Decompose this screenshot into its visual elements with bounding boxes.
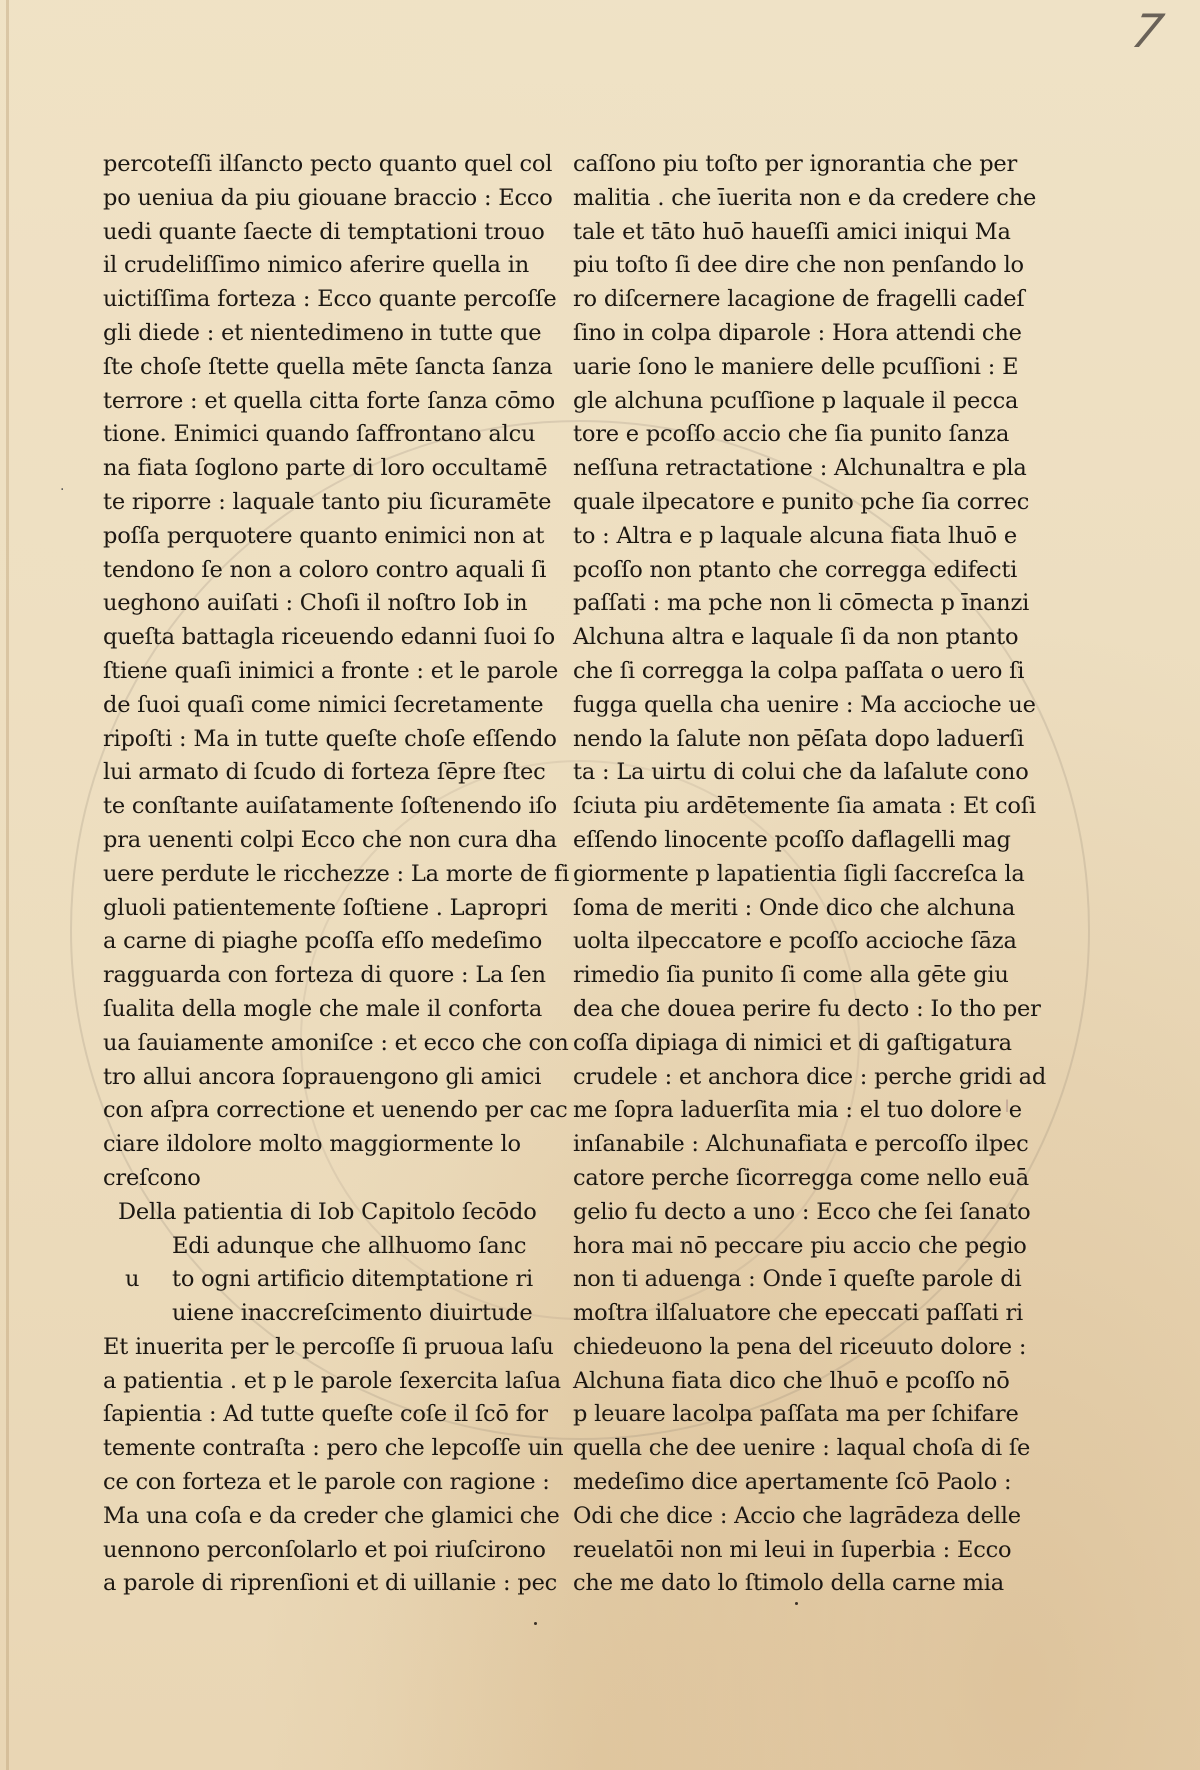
text-line-content: Edi adunque che allhuomo ſanc bbox=[172, 1233, 526, 1259]
text-line: fugga quella cha uenire : Ma accioche ue bbox=[573, 689, 993, 723]
text-line: na fiata ſoglono parte di loro occultamē bbox=[103, 452, 523, 486]
text-line: tale et tāto huō haueſſi amici iniqui Ma bbox=[573, 216, 993, 250]
paper-speck bbox=[534, 1622, 537, 1625]
text-line: ſte choſe ſtette quella mēte ſancta ſanz… bbox=[103, 351, 523, 385]
text-line: Alchuna fiata dico che lhuō e pcoſſo nō bbox=[573, 1365, 993, 1399]
left-column-body: percoteſſi ilſancto pecto quanto quel co… bbox=[103, 148, 523, 1196]
text-line: te conſtante auiſatamente ſoſtenendo iſo bbox=[103, 790, 523, 824]
text-line: ragguarda con forteza di quore : La ſen bbox=[103, 959, 523, 993]
text-line: lui armato di ſcudo di forteza ſēpre ſte… bbox=[103, 756, 523, 790]
text-line-content: uiene inaccreſcimento diuirtude bbox=[172, 1300, 532, 1326]
text-line: ſino in colpa diparole : Hora attendi ch… bbox=[573, 317, 993, 351]
text-line: queſta battagla riceuendo edanni ſuoi ſo bbox=[103, 621, 523, 655]
text-line: uiene inaccreſcimento diuirtude bbox=[103, 1297, 523, 1331]
text-line: che ſi corregga la colpa paſſata o uero … bbox=[573, 655, 993, 689]
text-line: tore e pcoſſo accio che ſia punito ſanza bbox=[573, 418, 993, 452]
text-line: ueghono auiſati : Choſi il noſtro Iob in bbox=[103, 587, 523, 621]
text-line: paſſati : ma pche non li cōmecta p īnanz… bbox=[573, 587, 993, 621]
text-line: tro allui ancora ſoprauengono gli amici bbox=[103, 1061, 523, 1095]
text-line: dea che douea perire fu decto : Io tho p… bbox=[573, 993, 993, 1027]
text-line: po ueniua da piu giouane braccio : Ecco bbox=[103, 182, 523, 216]
text-line: uedi quante ſaecte di temptationi trouo bbox=[103, 216, 523, 250]
text-line: ciare ildolore molto maggiormente lo bbox=[103, 1128, 523, 1162]
text-line: eſſendo linocente pcoſſo daflagelli mag bbox=[573, 824, 993, 858]
text-line: Edi adunque che allhuomo ſanc bbox=[103, 1230, 523, 1264]
text-line: a carne di piaghe pcoſſa eſſo medeſimo bbox=[103, 925, 523, 959]
text-line: uarie ſono le maniere delle pcuſſioni : … bbox=[573, 351, 993, 385]
text-line: Ma una coſa e da creder che glamici che bbox=[103, 1500, 523, 1534]
text-line: medeſimo dice apertamente ſcō Paolo : bbox=[573, 1466, 993, 1500]
text-line: malitia . che īuerita non e da credere c… bbox=[573, 182, 993, 216]
text-line: a patientia . et p le parole ſexercita l… bbox=[103, 1365, 523, 1399]
text-column-left: percoteſſi ilſancto pecto quanto quel co… bbox=[103, 148, 523, 1601]
text-line: uere perdute le ricchezze : La morte de … bbox=[103, 858, 523, 892]
text-line: moſtra ilſaluatore che epeccati paſſati … bbox=[573, 1297, 993, 1331]
text-line: terrore : et quella citta forte ſanza cō… bbox=[103, 385, 523, 419]
text-line: catore perche ſicorregga come nello euā bbox=[573, 1162, 993, 1196]
chapter-opening: Edi adunque che allhuomo ſancuto ogni ar… bbox=[103, 1230, 523, 1331]
text-column-right: caſſono piu toſto per ignorantia che per… bbox=[573, 148, 993, 1601]
text-line: gle alchuna pcuſſione p laquale il pecca bbox=[573, 385, 993, 419]
text-line: p leuare lacolpa paſſata ma per ſchifare bbox=[573, 1398, 993, 1432]
text-line: uictiſſima forteza : Ecco quante percoſſ… bbox=[103, 283, 523, 317]
margin-dot-mark: · bbox=[60, 482, 64, 498]
text-line: uolta ilpeccatore e pcoſſo accioche ſāza bbox=[573, 925, 993, 959]
text-line: pcoſſo non ptanto che corregga edifecti bbox=[573, 554, 993, 588]
text-line: ta : La uirtu di colui che da laſalute c… bbox=[573, 756, 993, 790]
text-line: rimedio ſia punito ſi come alla gēte giu bbox=[573, 959, 993, 993]
text-line: ſtiene quaſi inimici a fronte : et le pa… bbox=[103, 655, 523, 689]
text-line: hora mai nō peccare piu accio che pegio bbox=[573, 1230, 993, 1264]
chapter-heading: Della patientia di Iob Capitolo ſecōdo bbox=[103, 1196, 523, 1230]
text-line-content: to ogni artificio ditemptatione ri bbox=[172, 1266, 533, 1292]
text-line: giormente p lapatientia ſigli ſaccreſca … bbox=[573, 858, 993, 892]
text-line: caſſono piu toſto per ignorantia che per bbox=[573, 148, 993, 182]
text-line: te riporre : laquale tanto piu ſicuramēt… bbox=[103, 486, 523, 520]
text-line: inſanabile : Alchunafiata e percoſſo ilp… bbox=[573, 1128, 993, 1162]
text-line: tione. Enimici quando ſaffrontano alcu bbox=[103, 418, 523, 452]
text-line: ſualita della mogle che male il conforta bbox=[103, 993, 523, 1027]
text-line: neſſuna retractatione : Alchunaltra e pl… bbox=[573, 452, 993, 486]
text-line: ua ſauiamente amoniſce : et ecco che con bbox=[103, 1027, 523, 1061]
text-line: ſapientia : Ad tutte queſte coſe il ſcō … bbox=[103, 1398, 523, 1432]
text-line: uennono perconſolarlo et poi riuſcirono bbox=[103, 1534, 523, 1568]
text-line: ſoma de meriti : Onde dico che alchuna bbox=[573, 892, 993, 926]
text-line: gelio fu decto a uno : Ecco che ſei ſana… bbox=[573, 1196, 993, 1230]
text-line: percoteſſi ilſancto pecto quanto quel co… bbox=[103, 148, 523, 182]
text-line: ce con forteza et le parole con ragione … bbox=[103, 1466, 523, 1500]
text-line: me ſopra laduerſita mia : el tuo dolore … bbox=[573, 1094, 993, 1128]
text-line: che me dato lo ſtimolo della carne mia bbox=[573, 1567, 993, 1601]
text-line: ſciuta piu ardētemente ſia amata : Et co… bbox=[573, 790, 993, 824]
text-line: pra uenenti colpi Ecco che non cura dha bbox=[103, 824, 523, 858]
page-edge bbox=[6, 0, 9, 1770]
guide-letter: u bbox=[103, 1263, 172, 1297]
margin-tick-mark: | bbox=[1005, 1098, 1009, 1112]
text-line: piu toſto ſi dee dire che non penſando l… bbox=[573, 249, 993, 283]
right-column-body: caſſono piu toſto per ignorantia che per… bbox=[573, 148, 993, 1601]
text-line: gluoli patientemente ſoſtiene . Lapropri bbox=[103, 892, 523, 926]
text-line: coſſa dipiaga di nimici et di gaſtigatur… bbox=[573, 1027, 993, 1061]
text-line: con aſpra correctione et uenendo per cac bbox=[103, 1094, 523, 1128]
text-line: gli diede : et nientedimeno in tutte que bbox=[103, 317, 523, 351]
text-line: ripoſti : Ma in tutte queſte choſe eſſen… bbox=[103, 723, 523, 757]
text-line: a parole di riprenſioni et di uillanie :… bbox=[103, 1567, 523, 1601]
text-line: Odi che dice : Accio che lagrādeza delle bbox=[573, 1500, 993, 1534]
text-line: quella che dee uenire : laqual choſa di … bbox=[573, 1432, 993, 1466]
text-line: reuelatōi non mi leui in ſuperbia : Ecco bbox=[573, 1534, 993, 1568]
paper-speck bbox=[795, 1602, 798, 1605]
text-line: uto ogni artificio ditemptatione ri bbox=[103, 1263, 523, 1297]
text-line: poſſa perquotere quanto enimici non at bbox=[103, 520, 523, 554]
text-line: Et inuerita per le percoſſe ſi pruoua la… bbox=[103, 1331, 523, 1365]
text-line: tendono ſe non a coloro contro aquali ſi bbox=[103, 554, 523, 588]
text-line: creſcono bbox=[103, 1162, 523, 1196]
text-line: de ſuoi quaſi come nimici ſecretamente bbox=[103, 689, 523, 723]
text-line: ro diſcernere lacagione de fragelli cade… bbox=[573, 283, 993, 317]
text-line: non ti aduenga : Onde ī queſte parole di bbox=[573, 1263, 993, 1297]
text-line: il crudeliſſimo nimico aferire quella in bbox=[103, 249, 523, 283]
text-line: chiedeuono la pena del riceuuto dolore : bbox=[573, 1331, 993, 1365]
folio-number: 7 bbox=[1127, 4, 1168, 58]
text-line: Alchuna altra e laquale ſi da non ptanto bbox=[573, 621, 993, 655]
chapter-body: Et inuerita per le percoſſe ſi pruoua la… bbox=[103, 1331, 523, 1601]
text-line: crudele : et anchora dice : perche gridi… bbox=[573, 1061, 993, 1095]
text-line: quale ilpecatore e punito pche ſia corre… bbox=[573, 486, 993, 520]
text-line: to : Altra e p laquale alcuna fiata lhuō… bbox=[573, 520, 993, 554]
text-line: temente contraſta : pero che lepcoſſe ui… bbox=[103, 1432, 523, 1466]
text-line: nendo la ſalute non pēſata dopo laduerſi bbox=[573, 723, 993, 757]
